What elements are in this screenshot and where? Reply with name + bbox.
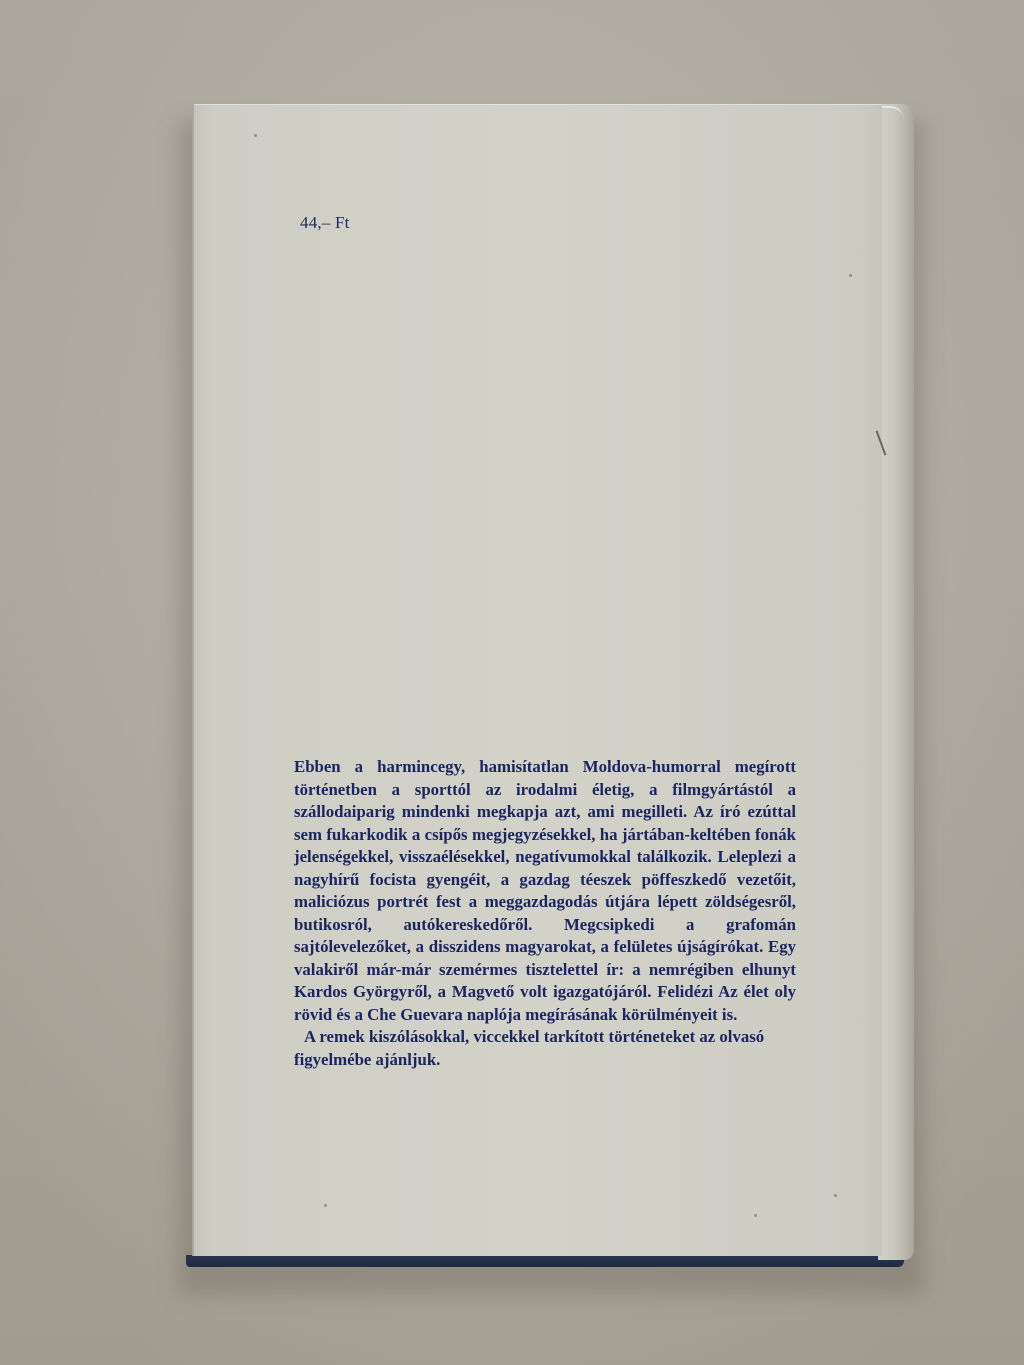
price-label: 44,– Ft <box>300 213 350 233</box>
blurb-paragraph-1: Ebben a harmincegy, hamisítatlan Moldova… <box>294 756 796 1026</box>
dust-speck <box>324 1204 327 1207</box>
dust-speck <box>754 1214 757 1217</box>
book-board-edge <box>186 1255 904 1267</box>
blurb-paragraph-2: A remek kiszólásokkal, viccekkel tarkíto… <box>294 1026 796 1071</box>
dust-speck <box>849 274 852 277</box>
dust-speck <box>254 134 257 137</box>
book-spine <box>878 104 914 1260</box>
book-back-cover <box>192 104 882 1256</box>
dust-speck <box>834 1194 837 1197</box>
back-cover-blurb: Ebben a harmincegy, hamisítatlan Moldova… <box>294 756 796 1071</box>
